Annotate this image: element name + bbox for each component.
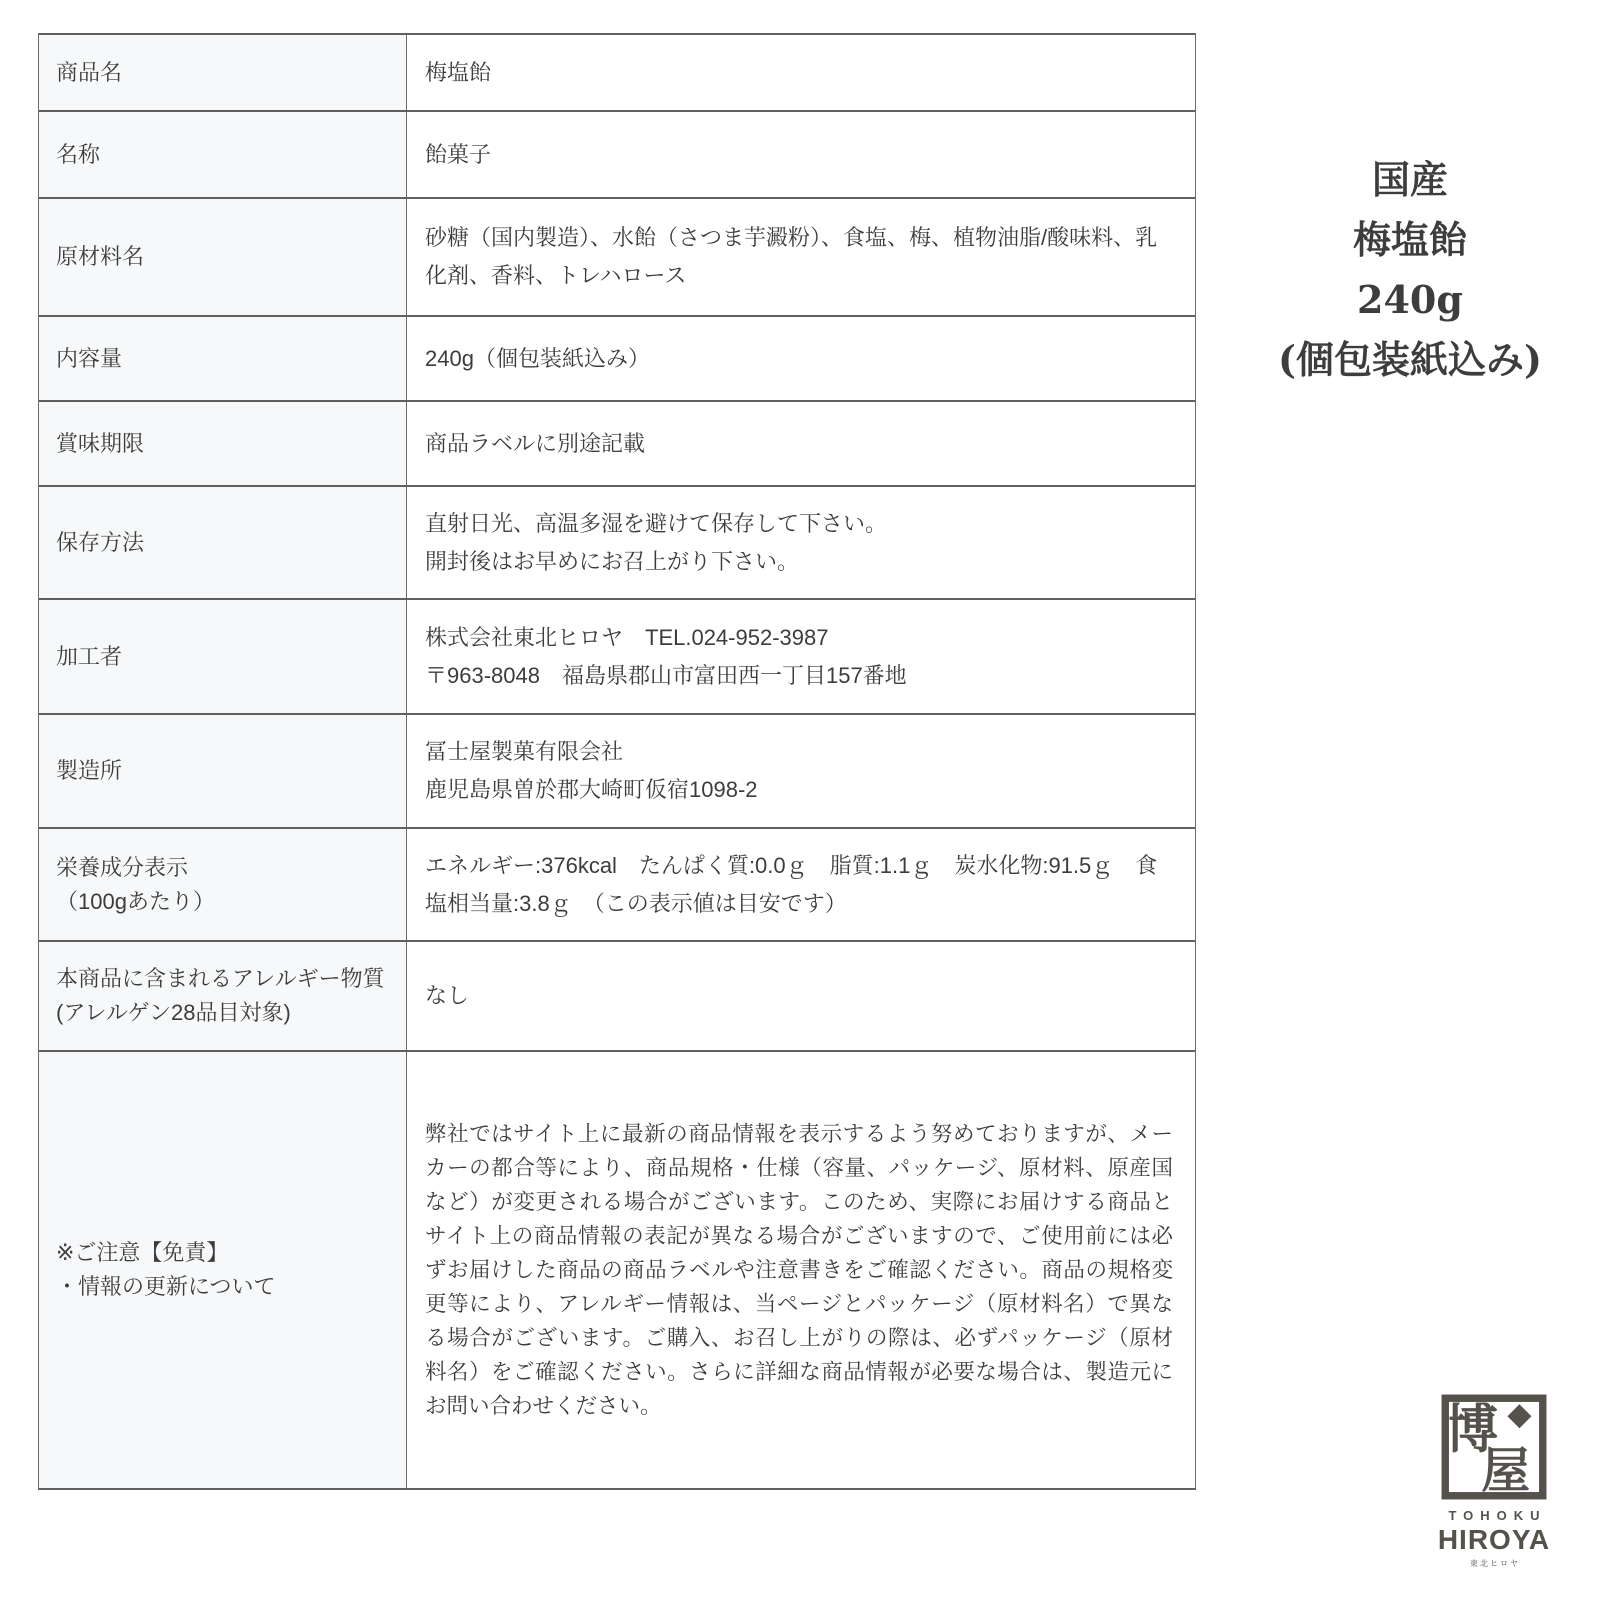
row-value: 冨士屋製菓有限会社 鹿児島県曽於郡大崎町仮宿1098-2 [407, 715, 1195, 827]
row-label: 商品名 [39, 35, 407, 110]
spec-table: 商品名梅塩飴名称飴菓子原材料名砂糖（国内製造）、水飴（さつま芋澱粉）、食塩、梅、… [38, 33, 1196, 1490]
page: 商品名梅塩飴名称飴菓子原材料名砂糖（国内製造）、水飴（さつま芋澱粉）、食塩、梅、… [0, 0, 1600, 1600]
row-value: なし [407, 942, 1195, 1050]
row-value: 240g（個包装紙込み） [407, 317, 1195, 400]
table-row: ※ご注意【免責】 ・情報の更新について弊社ではサイト上に最新の商品情報を表示する… [39, 1052, 1195, 1488]
table-row: 本商品に含まれるアレルギー物質 (アレルゲン28品目対象)なし [39, 942, 1195, 1052]
row-label: 本商品に含まれるアレルギー物質 (アレルゲン28品目対象) [39, 942, 407, 1050]
row-value: 直射日光、高温多湿を避けて保存して下さい。 開封後はお早めにお召上がり下さい。 [407, 487, 1195, 598]
logo-hiroya-text: HIROYA [1434, 1524, 1554, 1556]
product-title-line-weight: 240g [1226, 270, 1594, 330]
row-value: 商品ラベルに別途記載 [407, 402, 1195, 485]
hiroya-logo-icon: 博 屋 [1441, 1394, 1547, 1500]
table-row: 名称飴菓子 [39, 112, 1195, 199]
table-row: 商品名梅塩飴 [39, 35, 1195, 112]
row-value: エネルギー:376kcal たんぱく質:0.0ｇ 脂質:1.1ｇ 炭水化物:91… [407, 829, 1195, 940]
product-title-line-packaging: (個包装紙込み) [1226, 330, 1594, 390]
row-label: 保存方法 [39, 487, 407, 598]
table-row: 栄養成分表示 （100gあたり）エネルギー:376kcal たんぱく質:0.0ｇ… [39, 829, 1195, 942]
table-row: 保存方法直射日光、高温多湿を避けて保存して下さい。 開封後はお早めにお召上がり下… [39, 487, 1195, 600]
row-label: 名称 [39, 112, 407, 197]
table-row: 原材料名砂糖（国内製造）、水飴（さつま芋澱粉）、食塩、梅、植物油脂/酸味料、乳化… [39, 199, 1195, 317]
row-label: ※ご注意【免責】 ・情報の更新について [39, 1052, 407, 1488]
row-value: 弊社ではサイト上に最新の商品情報を表示するよう努めておりますが、メーカーの都合等… [407, 1052, 1195, 1488]
product-title: 国産 梅塩飴 240g (個包装紙込み) [1226, 150, 1594, 390]
brand-logo: 博 屋 TOHOKU HIROYA 東北ヒロヤ [1434, 1394, 1554, 1569]
table-row: 製造所冨士屋製菓有限会社 鹿児島県曽於郡大崎町仮宿1098-2 [39, 715, 1195, 829]
table-row: 内容量240g（個包装紙込み） [39, 317, 1195, 402]
row-label: 内容量 [39, 317, 407, 400]
logo-diamond-icon [1507, 1404, 1531, 1428]
row-value: 梅塩飴 [407, 35, 1195, 110]
row-value: 飴菓子 [407, 112, 1195, 197]
row-value: 砂糖（国内製造）、水飴（さつま芋澱粉）、食塩、梅、植物油脂/酸味料、乳化剤、香料… [407, 199, 1195, 315]
table-row: 加工者株式会社東北ヒロヤ TEL.024-952-3987 〒963-8048 … [39, 600, 1195, 715]
row-label: 製造所 [39, 715, 407, 827]
row-label: 栄養成分表示 （100gあたり） [39, 829, 407, 940]
logo-subtext: 東北ヒロヤ [1434, 1558, 1554, 1569]
row-label: 加工者 [39, 600, 407, 713]
table-row: 賞味期限商品ラベルに別途記載 [39, 402, 1195, 487]
row-label: 原材料名 [39, 199, 407, 315]
row-value: 株式会社東北ヒロヤ TEL.024-952-3987 〒963-8048 福島県… [407, 600, 1195, 713]
logo-tohoku-text: TOHOKU [1434, 1508, 1554, 1523]
logo-kanji-ya: 屋 [1481, 1443, 1530, 1499]
row-label: 賞味期限 [39, 402, 407, 485]
product-title-line-origin: 国産 [1226, 150, 1594, 210]
product-title-line-name: 梅塩飴 [1226, 210, 1594, 270]
